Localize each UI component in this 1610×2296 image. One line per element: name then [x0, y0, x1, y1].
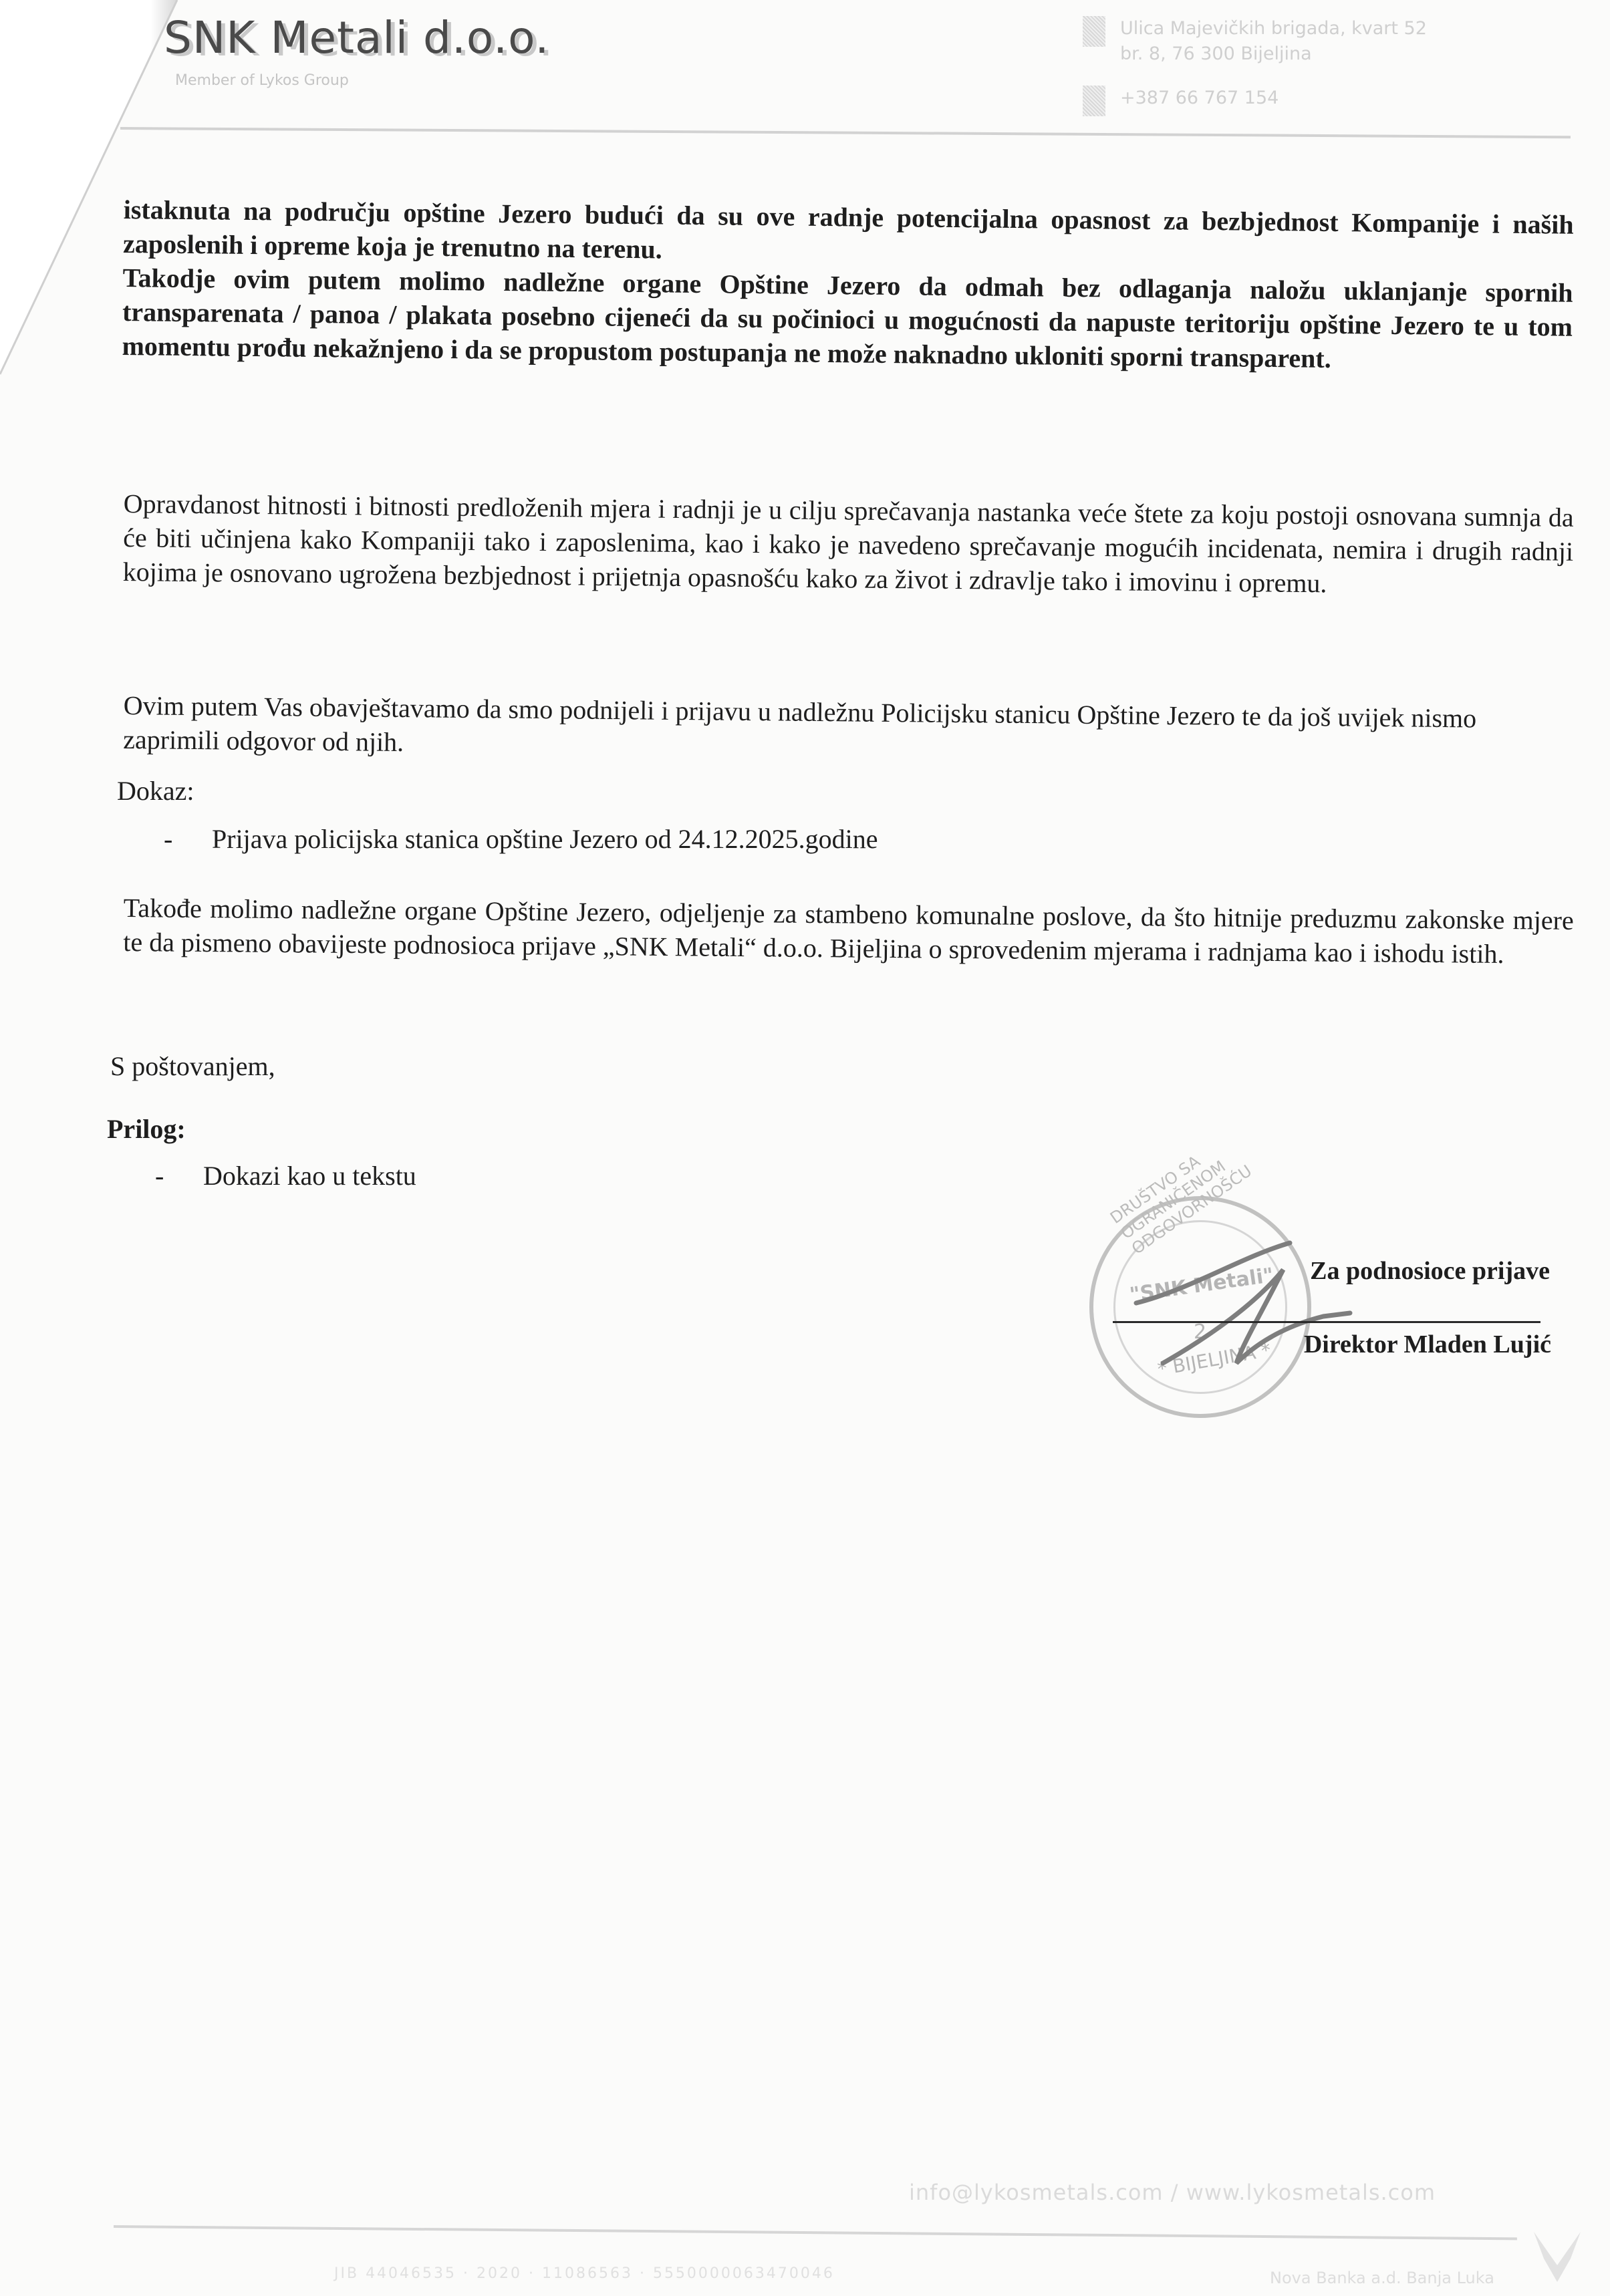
- bullet-dash: -: [164, 823, 212, 855]
- evidence-item: - Prijava policijska stanica opštine Jez…: [164, 823, 878, 855]
- address-row: Ulica Majevičkih brigada, kvart 52 br. 8…: [1083, 16, 1427, 67]
- signature-for-label: Za podnosioce prijave: [1310, 1256, 1550, 1286]
- address-text: Ulica Majevičkih brigada, kvart 52 br. 8…: [1120, 16, 1427, 67]
- urgency-paragraph: Opravdanost hitnosti i bitnosti predlože…: [123, 486, 1574, 603]
- phone-row: +387 66 767 154: [1083, 86, 1427, 116]
- bullet-dash: -: [155, 1160, 203, 1191]
- attachment-item: - Dokazi kao u tekstu: [155, 1160, 416, 1191]
- company-logo-text: SNK Metali d.o.o.: [164, 12, 549, 63]
- signer-name: Direktor Mladen Lujić: [1304, 1330, 1551, 1359]
- company-tagline: Member of Lykos Group: [175, 72, 349, 89]
- footer-web-contact: info@lykosmetals.com / www.lykosmetals.c…: [909, 2180, 1436, 2205]
- contact-block: Ulica Majevičkih brigada, kvart 52 br. 8…: [1083, 16, 1427, 135]
- phone-icon: [1083, 86, 1105, 116]
- signature-line: [1113, 1321, 1540, 1323]
- police-paragraph: Ovim putem Vas obavještavamo da smo podn…: [123, 688, 1574, 770]
- lykos-logo-icon: [1530, 2225, 1584, 2285]
- attachment-label: Prilog:: [107, 1113, 186, 1145]
- footer-divider: [114, 2225, 1517, 2240]
- location-icon: [1083, 16, 1105, 47]
- evidence-item-text: Prijava policijska stanica opštine Jezer…: [212, 823, 878, 855]
- request-paragraph-text: Takođe molimo nadležne organe Opštine Je…: [123, 891, 1574, 972]
- urgency-paragraph-text: Opravdanost hitnosti i bitnosti predlože…: [123, 486, 1574, 603]
- bold-paragraph-part-2: Takodje ovim putem molimo nadležne organ…: [122, 261, 1573, 378]
- bold-paragraph: istaknuta na području opštine Jezero bud…: [122, 192, 1574, 378]
- footer-registry: JIB 44046535 · 2020 · 11086563 · 5550000…: [334, 2265, 835, 2282]
- closing-salutation: S poštovanjem,: [110, 1050, 275, 1082]
- request-paragraph: Takođe molimo nadležne organe Opštine Je…: [123, 891, 1574, 972]
- evidence-label: Dokaz:: [117, 775, 194, 807]
- footer-bank: Nova Banka a.d. Banja Luka: [1270, 2269, 1494, 2287]
- police-paragraph-text: Ovim putem Vas obavještavamo da smo podn…: [123, 688, 1574, 770]
- phone-text: +387 66 767 154: [1120, 86, 1279, 111]
- attachment-item-text: Dokazi kao u tekstu: [203, 1160, 416, 1191]
